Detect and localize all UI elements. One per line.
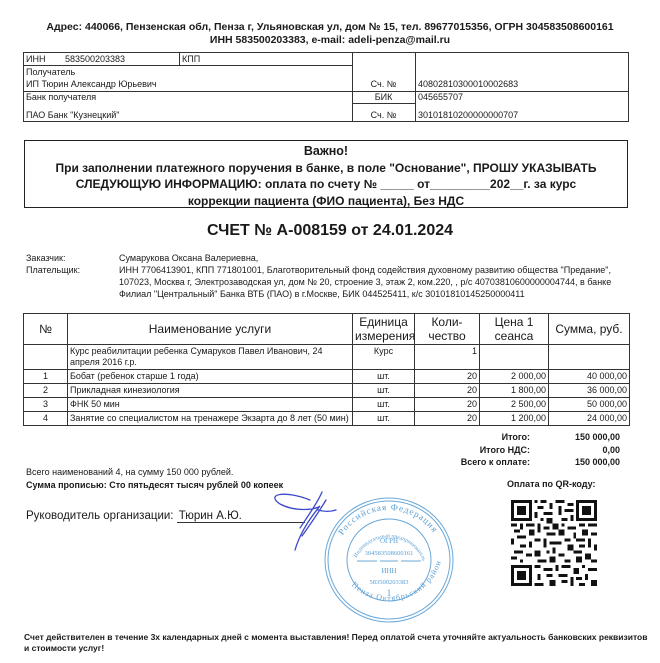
svg-text:1: 1 bbox=[387, 588, 392, 598]
items-count-line: Всего наименований 4, на сумму 150 000 р… bbox=[26, 466, 283, 479]
corr-account-label: Сч. № bbox=[352, 110, 415, 121]
signature-icon bbox=[240, 488, 360, 568]
cell-qty: 20 bbox=[415, 412, 480, 426]
cell-price: 2 000,00 bbox=[480, 370, 549, 384]
cell-num: 3 bbox=[24, 398, 68, 412]
important-title: Важно! bbox=[25, 143, 627, 160]
cell-name: Курс реабилитации ребенка Сумаруков Паве… bbox=[68, 345, 353, 370]
inn-label: ИНН bbox=[26, 54, 45, 65]
cell-qty: 20 bbox=[415, 384, 480, 398]
payer-value: ИНН 7706413901, КПП 771801001, Благотвор… bbox=[119, 264, 619, 300]
cell-name: Занятие со специалистом на тренажере Экз… bbox=[68, 412, 353, 426]
due-value: 150 000,00 bbox=[530, 456, 620, 469]
svg-text:583500203383: 583500203383 bbox=[370, 579, 409, 586]
customer-value: Сумарукова Оксана Валериевна, bbox=[119, 252, 258, 264]
table-row: 1 Бобат (ребенок старше 1 года) шт. 20 2… bbox=[24, 370, 630, 384]
table-row: Курс реабилитации ребенка Сумаруков Паве… bbox=[24, 345, 630, 370]
important-line-2: СЛЕДУЮЩУЮ ИНФОРМАЦИЮ: оплата по счету № … bbox=[25, 176, 627, 193]
col-header-unit: Единица измерения bbox=[353, 314, 415, 345]
cell-sum: 50 000,00 bbox=[549, 398, 630, 412]
qr-label: Оплата по QR-коду: bbox=[507, 479, 595, 489]
bank-label: Банк получателя bbox=[26, 92, 96, 103]
company-inn-email: ИНН 583500203383, e-mail: adeli-penza@ma… bbox=[0, 34, 660, 47]
cell-sum: 24 000,00 bbox=[549, 412, 630, 426]
customer-label: Заказчик: bbox=[26, 252, 65, 264]
important-line-1: При заполнении платежного поручения в ба… bbox=[25, 160, 627, 177]
svg-text:304583508600161: 304583508600161 bbox=[365, 550, 414, 557]
company-address: Адрес: 440066, Пензенская обл, Пенза г, … bbox=[0, 21, 660, 34]
director-label: Руководитель организации: bbox=[26, 510, 173, 522]
cell-qty: 1 bbox=[415, 345, 480, 370]
important-line-3: коррекции пациента (ФИО пациента), Без Н… bbox=[25, 193, 627, 210]
col-header-qty: Коли-чество bbox=[415, 314, 480, 345]
cell-qty: 20 bbox=[415, 398, 480, 412]
cell-num: 2 bbox=[24, 384, 68, 398]
validity-notice: Счет действителен в течение 3х календарн… bbox=[24, 632, 654, 654]
cell-num: 4 bbox=[24, 412, 68, 426]
corr-account-value: 30101810200000000707 bbox=[418, 110, 518, 121]
cell-unit: Курс bbox=[353, 345, 415, 370]
svg-text:ИНН: ИНН bbox=[381, 567, 396, 575]
bik-label: БИК bbox=[352, 92, 415, 103]
cell-name: Бобат (ребенок старше 1 года) bbox=[68, 370, 353, 384]
payer-label: Плательщик: bbox=[26, 264, 80, 276]
cell-price: 1 800,00 bbox=[480, 384, 549, 398]
cell-num: 1 bbox=[24, 370, 68, 384]
cell-price: 1 200,00 bbox=[480, 412, 549, 426]
vat-label: Итого НДС: bbox=[400, 444, 530, 457]
account-value: 40802810300010002683 bbox=[418, 79, 518, 90]
account-label: Сч. № bbox=[352, 79, 415, 90]
cell-price bbox=[480, 345, 549, 370]
kpp-label: КПП bbox=[182, 54, 200, 65]
col-header-name: Наименование услуги bbox=[68, 314, 353, 345]
cell-unit: шт. bbox=[353, 398, 415, 412]
important-notice: Важно! При заполнении платежного поручен… bbox=[24, 140, 628, 208]
total-value: 150 000,00 bbox=[530, 431, 620, 444]
cell-unit: шт. bbox=[353, 370, 415, 384]
table-row: 4 Занятие со специалистом на тренажере Э… bbox=[24, 412, 630, 426]
totals-block: Итого:150 000,00 Итого НДС:0,00 Всего к … bbox=[400, 431, 620, 469]
vat-value: 0,00 bbox=[530, 444, 620, 457]
cell-unit: шт. bbox=[353, 384, 415, 398]
col-header-num: № bbox=[24, 314, 68, 345]
cell-sum: 40 000,00 bbox=[549, 370, 630, 384]
cell-sum: 36 000,00 bbox=[549, 384, 630, 398]
bank-value: ПАО Банк "Кузнецкий" bbox=[26, 110, 119, 121]
bank-details-table: ИНН 583500203383 КПП Получатель ИП Тюрин… bbox=[23, 52, 629, 122]
table-row: 2 Прикладная кинезиология шт. 20 1 800,0… bbox=[24, 384, 630, 398]
cell-name: Прикладная кинезиология bbox=[68, 384, 353, 398]
col-header-sum: Сумма, руб. bbox=[549, 314, 630, 345]
bik-value: 045655707 bbox=[418, 92, 463, 103]
table-header-row: № Наименование услуги Единица измерения … bbox=[24, 314, 630, 345]
cell-price: 2 500,00 bbox=[480, 398, 549, 412]
recipient-value: ИП Тюрин Александр Юрьевич bbox=[26, 79, 157, 90]
due-label: Всего к оплате: bbox=[400, 456, 530, 469]
inn-value: 583500203383 bbox=[65, 54, 125, 65]
total-label: Итого: bbox=[400, 431, 530, 444]
cell-num bbox=[24, 345, 68, 370]
recipient-label: Получатель bbox=[26, 67, 75, 78]
cell-qty: 20 bbox=[415, 370, 480, 384]
qr-code-icon[interactable] bbox=[510, 500, 598, 586]
services-table: № Наименование услуги Единица измерения … bbox=[23, 313, 630, 426]
invoice-title: СЧЕТ № А-008159 от 24.01.2024 bbox=[0, 222, 660, 240]
cell-sum bbox=[549, 345, 630, 370]
cell-name: ФНК 50 мин bbox=[68, 398, 353, 412]
cell-unit: шт. bbox=[353, 412, 415, 426]
svg-text:ОГРН: ОГРН bbox=[380, 537, 398, 545]
table-row: 3 ФНК 50 мин шт. 20 2 500,00 50 000,00 bbox=[24, 398, 630, 412]
col-header-price: Цена 1 сеанса bbox=[480, 314, 549, 345]
